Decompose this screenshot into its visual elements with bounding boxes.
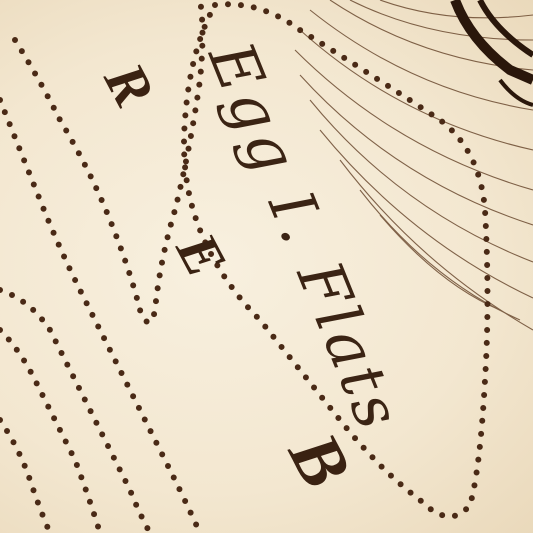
historic-map-crop: Egg I. Flats R E B: [0, 0, 533, 533]
